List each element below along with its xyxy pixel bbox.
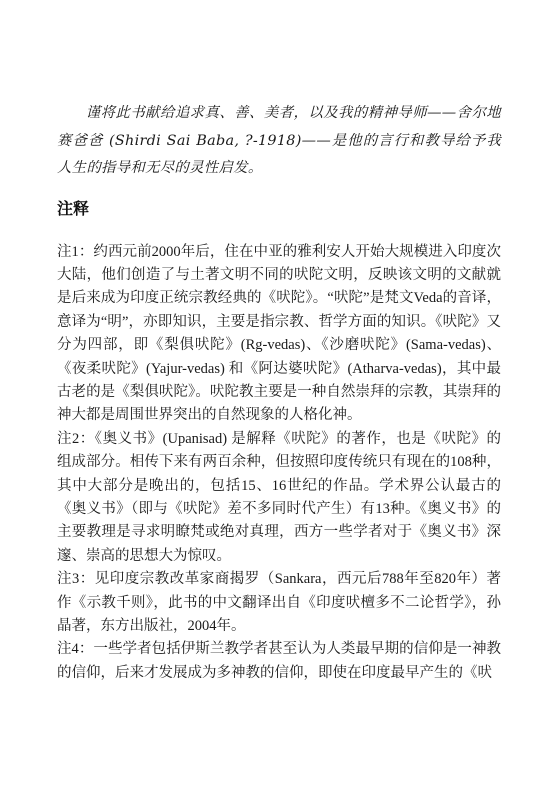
note-paragraph-4: 注4：一些学者包括伊斯兰教学者甚至认为人类最早期的信仰是一神教的信仰，后来才发展…	[57, 638, 501, 685]
note-paragraph-3: 注3：见印度宗教改革家商揭罗（Sankara，西元后788年至820年）著作《示…	[57, 568, 501, 638]
document-page: 谨将此书献给追求真、善、美者，以及我的精神导师——舍尔地赛爸爸 (Shirdi …	[0, 0, 558, 794]
dedication-paragraph: 谨将此书献给追求真、善、美者，以及我的精神导师——舍尔地赛爸爸 (Shirdi …	[57, 100, 501, 183]
notes-block: 注1：约西元前2000年后，住在中亚的雅利安人开始大规模进入印度次大陆，他们创造…	[57, 241, 501, 686]
note-paragraph-2: 注2：《奥义书》(Upanisad) 是解释《吠陀》的著作，也是《吠陀》的组成部…	[57, 428, 501, 568]
notes-heading: 注释	[57, 199, 501, 220]
note-paragraph-1: 注1：约西元前2000年后，住在中亚的雅利安人开始大规模进入印度次大陆，他们创造…	[57, 241, 501, 428]
